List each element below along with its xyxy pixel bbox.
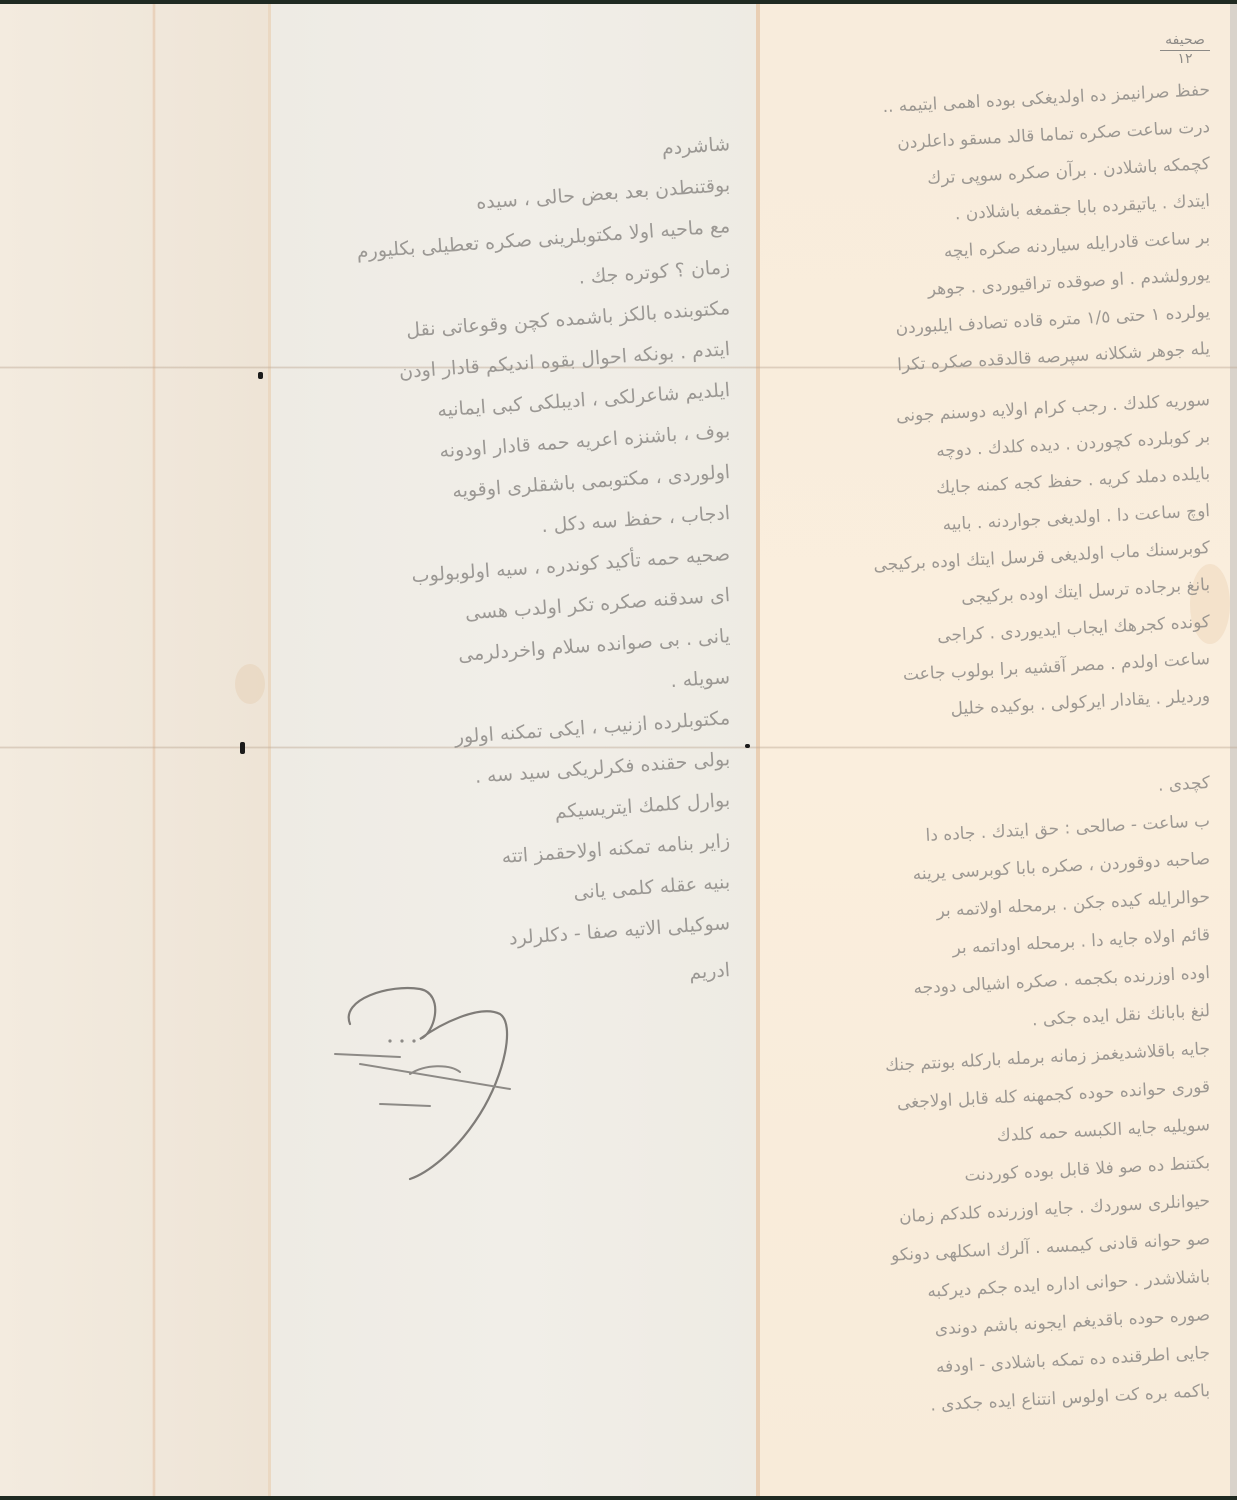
paper-edge bbox=[1230, 4, 1237, 1496]
left-blank-strip bbox=[0, 4, 268, 1496]
signature-flourish bbox=[330, 964, 530, 1184]
vertical-fold bbox=[152, 4, 156, 1496]
ink-mark bbox=[745, 744, 750, 748]
ink-mark bbox=[258, 372, 263, 379]
right-page-text-bottom: كچدی . ب ساعت - صالحی : حق ايتدك . جاده … bbox=[770, 764, 1210, 1410]
paper-stain bbox=[235, 664, 265, 704]
ink-mark bbox=[240, 742, 245, 754]
scanned-letter: صحيفه ١٢ شاشردم بوقتنطدن بعد بعض حالی ، … bbox=[0, 4, 1237, 1496]
right-page-text-top: حفظ صرانيمز ده اولديغكی بوده اهمی ايتيمه… bbox=[770, 32, 1210, 715]
left-page-text: شاشردم بوقتنطدن بعد بعض حالی ، سيده مع م… bbox=[290, 124, 730, 991]
